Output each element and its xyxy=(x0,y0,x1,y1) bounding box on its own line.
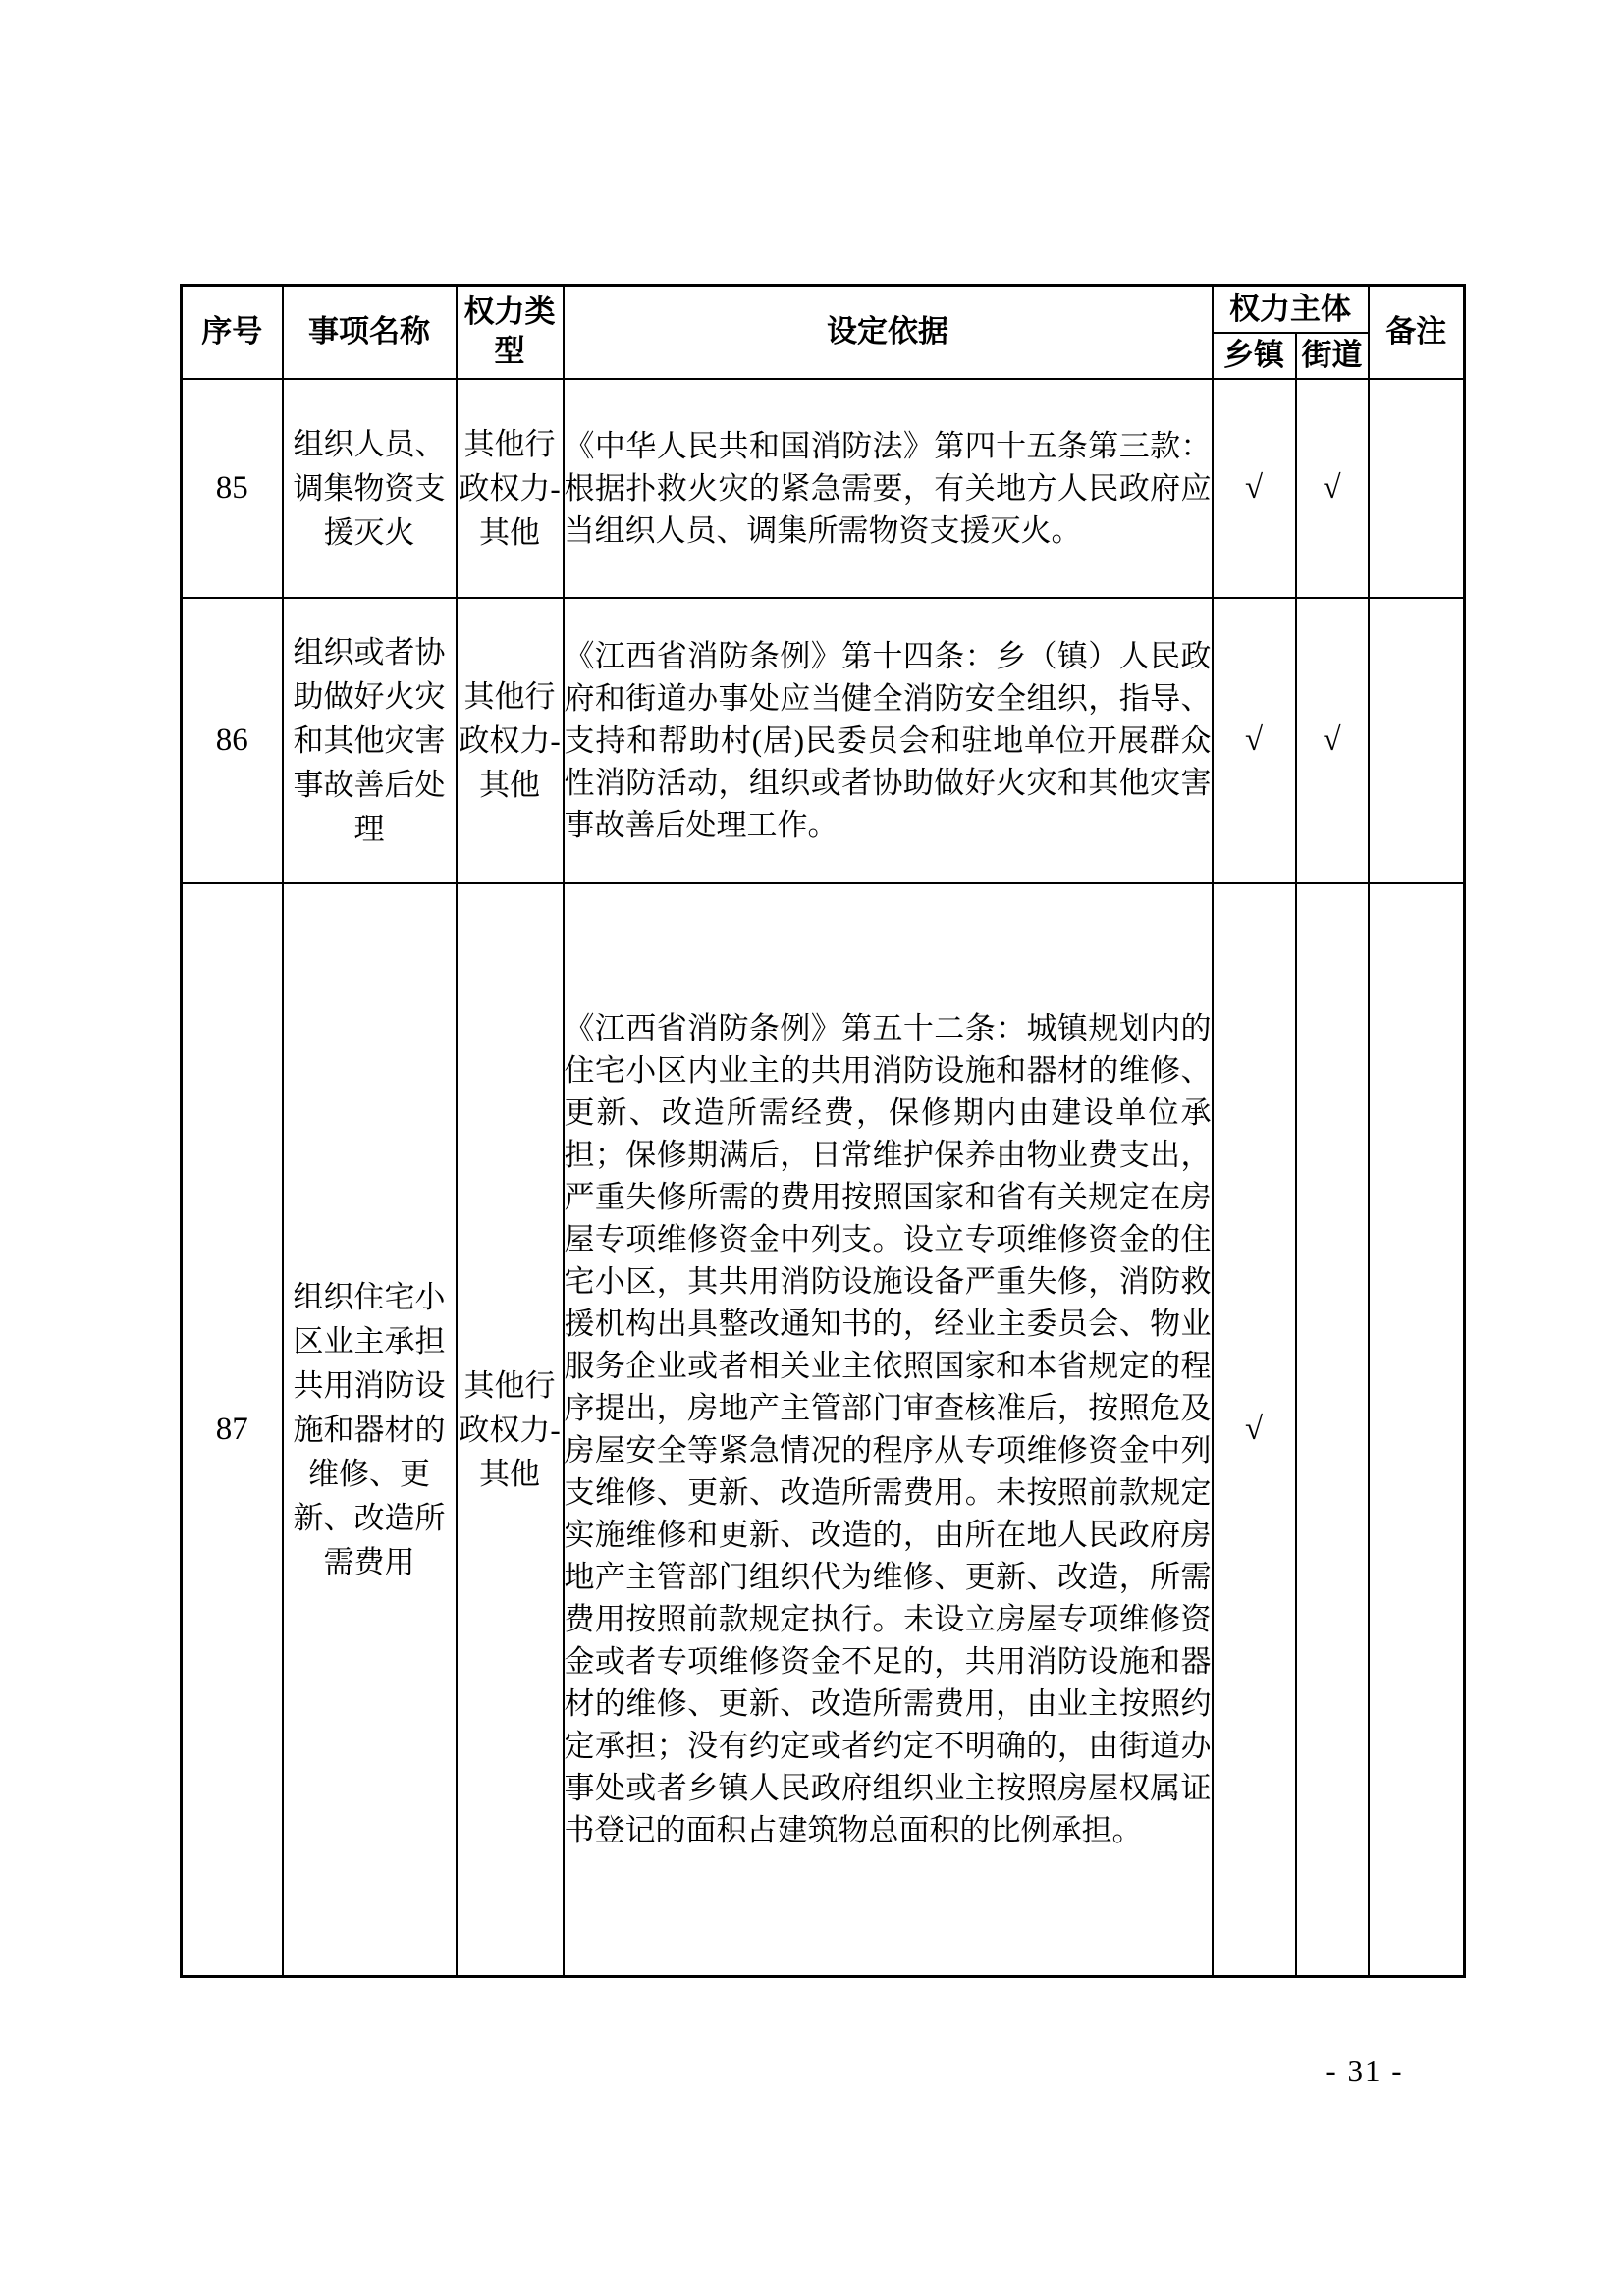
table-row-87: 87 组织住宅小区业主承担共用消防设施和器材的维修、更新、改造所需费用 其他行政… xyxy=(182,883,1465,1977)
township-checkmark: √ xyxy=(1213,379,1296,598)
street-checkmark: √ xyxy=(1296,598,1369,883)
header-basis: 设定依据 xyxy=(564,286,1213,379)
township-checkmark: √ xyxy=(1213,598,1296,883)
power-type: 其他行政权力-其他 xyxy=(457,883,564,1977)
basis-text: 《江西省消防条例》第五十二条：城镇规划内的住宅小区内业主的共用消防设施和器材的维… xyxy=(564,883,1213,1977)
item-name: 组织人员、调集物资支援灭火 xyxy=(283,379,457,598)
street-checkmark: √ xyxy=(1296,379,1369,598)
page-number: - 31 - xyxy=(1286,2054,1443,2089)
power-matters-table: 序号 事项名称 权力类型 设定依据 权力主体 备注 乡镇 街道 85 组织人员、… xyxy=(180,284,1466,1978)
table-row-86: 86 组织或者协助做好火灾和其他灾害事故善后处理 其他行政权力-其他 《江西省消… xyxy=(182,598,1465,883)
remark-cell xyxy=(1369,883,1465,1977)
street-checkmark xyxy=(1296,883,1369,1977)
header-power-type: 权力类型 xyxy=(457,286,564,379)
power-type: 其他行政权力-其他 xyxy=(457,379,564,598)
power-type: 其他行政权力-其他 xyxy=(457,598,564,883)
header-power-subject: 权力主体 xyxy=(1213,286,1369,333)
item-name: 组织或者协助做好火灾和其他灾害事故善后处理 xyxy=(283,598,457,883)
table-header-row-top: 序号 事项名称 权力类型 设定依据 权力主体 备注 xyxy=(182,286,1465,333)
document-page: 序号 事项名称 权力类型 设定依据 权力主体 备注 乡镇 街道 85 组织人员、… xyxy=(0,0,1624,2296)
header-street: 街道 xyxy=(1296,333,1369,379)
item-name: 组织住宅小区业主承担共用消防设施和器材的维修、更新、改造所需费用 xyxy=(283,883,457,1977)
header-item-name: 事项名称 xyxy=(283,286,457,379)
remark-cell xyxy=(1369,379,1465,598)
seq-number: 87 xyxy=(182,883,283,1977)
basis-text: 《江西省消防条例》第十四条：乡（镇）人民政府和街道办事处应当健全消防安全组织，指… xyxy=(564,598,1213,883)
seq-number: 86 xyxy=(182,598,283,883)
remark-cell xyxy=(1369,598,1465,883)
township-checkmark: √ xyxy=(1213,883,1296,1977)
seq-number: 85 xyxy=(182,379,283,598)
header-township: 乡镇 xyxy=(1213,333,1296,379)
basis-text: 《中华人民共和国消防法》第四十五条第三款：根据扑救火灾的紧急需要，有关地方人民政… xyxy=(564,379,1213,598)
header-seq: 序号 xyxy=(182,286,283,379)
header-remark: 备注 xyxy=(1369,286,1465,379)
table-row-85: 85 组织人员、调集物资支援灭火 其他行政权力-其他 《中华人民共和国消防法》第… xyxy=(182,379,1465,598)
